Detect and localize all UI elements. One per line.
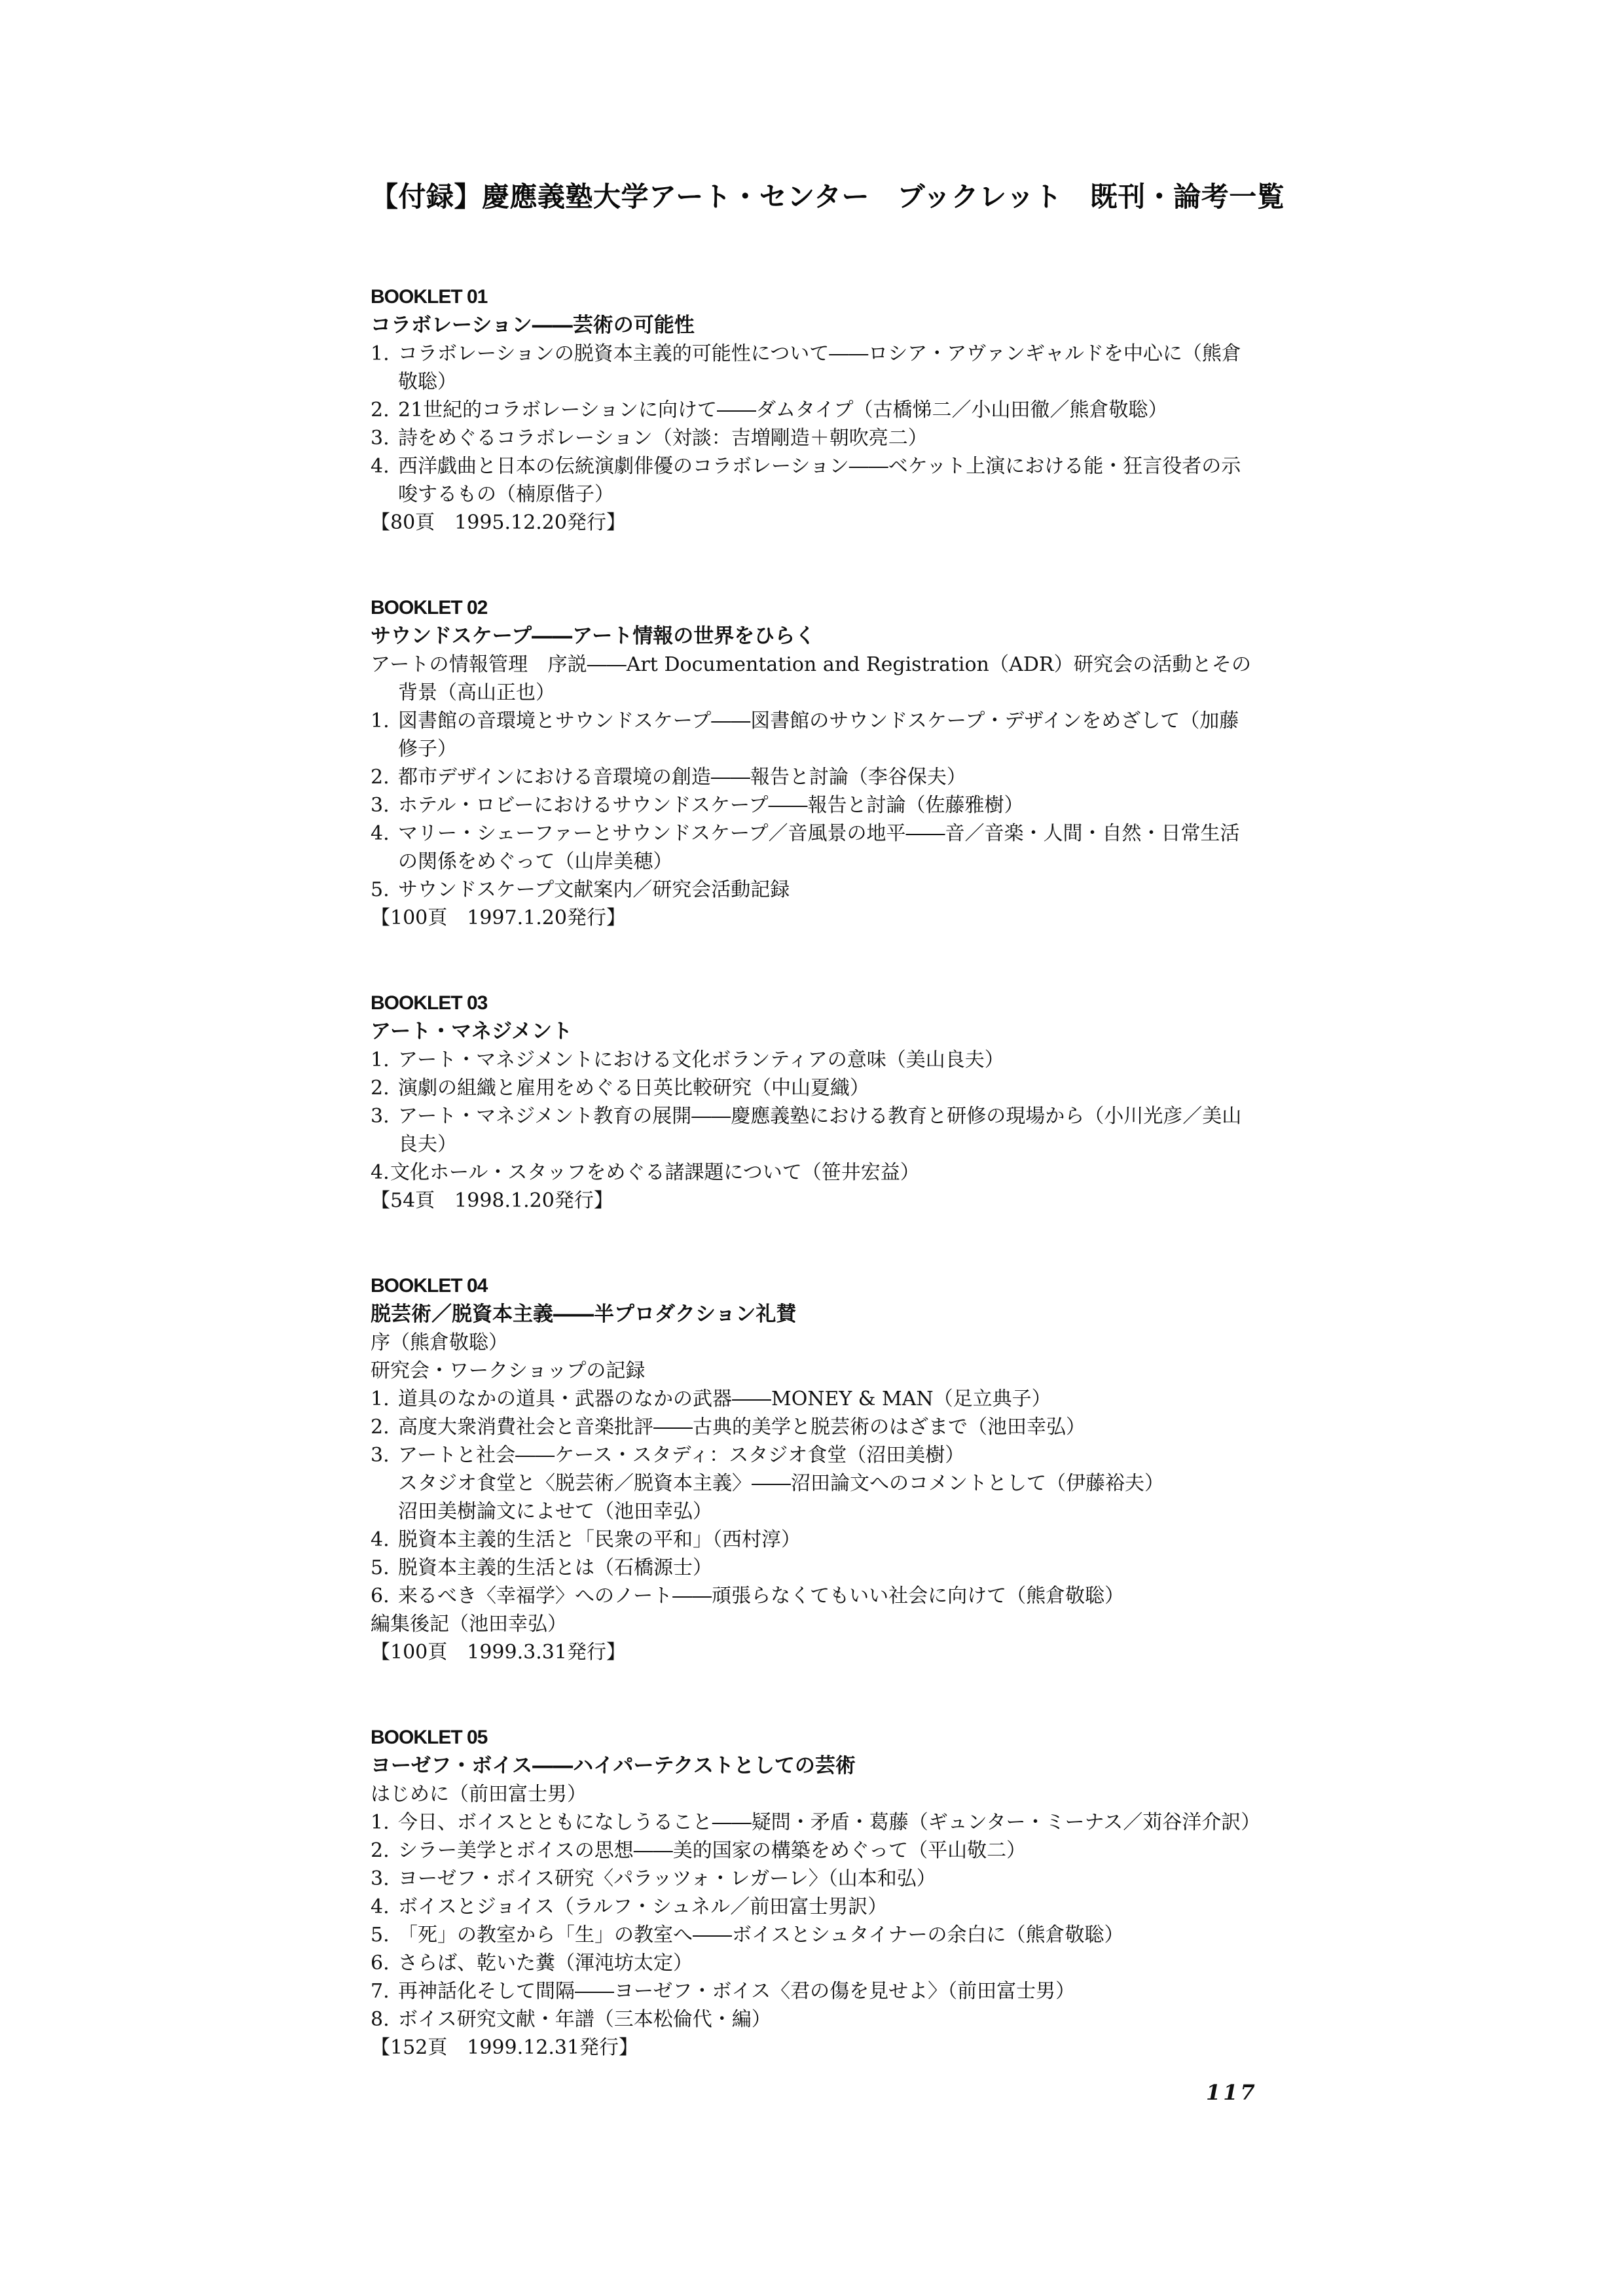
item-text: 詩をめぐるコラボレーション（対談：吉増剛造＋朝吹亮二） (398, 424, 1251, 452)
booklet-id: BOOKLET 03 (371, 990, 1251, 1017)
afterword-line: 編集後記（池田幸弘） (371, 1610, 1251, 1638)
list-item: 1. コラボレーションの脱資本主義的可能性について――ロシア・アヴァンギャルドを… (371, 340, 1251, 396)
publication-info: 【100頁 1997.1.20発行】 (371, 904, 1251, 932)
booklet-04: BOOKLET 04 脱芸術／脱資本主義――半プロダクション礼賛 序（熊倉敬聡）… (371, 1272, 1251, 1666)
list-item: 5. 脱資本主義的生活とは（石橋源士） (371, 1554, 1251, 1582)
item-text: 図書館の音環境とサウンドスケープ――図書館のサウンドスケープ・デザインをめざして… (398, 707, 1251, 763)
item-number: 3. (371, 791, 398, 819)
item-number: 6. (371, 1582, 398, 1610)
item-text: 道具のなかの道具・武器のなかの武器――MONEY & MAN（足立典子） (398, 1385, 1251, 1413)
item-text: ホテル・ロビーにおけるサウンドスケープ――報告と討論（佐藤雅樹） (398, 791, 1251, 819)
booklet-01: BOOKLET 01 コラボレーション――芸術の可能性 1. コラボレーションの… (371, 283, 1251, 537)
list-item: 4. 文化ホール・スタッフをめぐる諸課題について（笹井宏益） (371, 1158, 1251, 1187)
list-item: 2. シラー美学とボイスの思想――美的国家の構築をめぐって（平山敬二） (371, 1837, 1251, 1865)
publication-info: 【80頁 1995.12.20発行】 (371, 509, 1251, 537)
item-number: 2. (371, 1074, 398, 1102)
item-number: 1. (371, 1385, 398, 1413)
booklet-title: 脱芸術／脱資本主義――半プロダクション礼賛 (371, 1300, 1251, 1329)
item-number: 6. (371, 1949, 398, 1977)
item-number: 4. (371, 452, 398, 509)
item-number: 2. (371, 396, 398, 424)
booklet-id: BOOKLET 02 (371, 594, 1251, 622)
list-item: 4. マリー・シェーファーとサウンドスケープ／音風景の地平――音／音楽・人間・自… (371, 819, 1251, 876)
list-item: 5. 「死」の教室から「生」の教室へ――ボイスとシュタイナーの余白に（熊倉敬聡） (371, 1921, 1251, 1949)
item-text: アートと社会――ケース・スタディ：スタジオ食堂（沼田美樹） (398, 1441, 1251, 1469)
item-number: 4. (371, 1158, 390, 1187)
list-item: 7. 再神話化そして間隔――ヨーゼフ・ボイス〈君の傷を見せよ〉（前田富士男） (371, 1977, 1251, 2005)
item-number: 3. (371, 1102, 398, 1158)
item-text: さらば、乾いた糞（渾沌坊太定） (398, 1949, 1251, 1977)
list-item: 2. 高度大衆消費社会と音楽批評――古典的美学と脱芸術のはざまで（池田幸弘） (371, 1413, 1251, 1441)
item-text: 再神話化そして間隔――ヨーゼフ・ボイス〈君の傷を見せよ〉（前田富士男） (398, 1977, 1251, 2005)
sub-item: スタジオ食堂と〈脱芸術／脱資本主義〉――沼田論文へのコメントとして（伊藤裕夫） (371, 1469, 1251, 1498)
publication-info: 【100頁 1999.3.31発行】 (371, 1638, 1251, 1666)
item-number: 4. (371, 1526, 398, 1554)
item-number: 1. (371, 1046, 398, 1074)
item-text: ボイス研究文献・年譜（三本松倫代・編） (398, 2005, 1251, 2034)
item-number: 3. (371, 1441, 398, 1469)
item-text: 「死」の教室から「生」の教室へ――ボイスとシュタイナーの余白に（熊倉敬聡） (398, 1921, 1251, 1949)
item-number: 2. (371, 1837, 398, 1865)
list-item: 1. 今日、ボイスとともになしうること――疑問・矛盾・葛藤（ギュンター・ミーナス… (371, 1808, 1251, 1837)
item-text: ボイスとジョイス（ラルフ・シュネル／前田富士男訳） (398, 1893, 1251, 1921)
list-item: 6. さらば、乾いた糞（渾沌坊太定） (371, 1949, 1251, 1977)
sub-item: 沼田美樹論文によせて（池田幸弘） (371, 1498, 1251, 1526)
list-item: 4. 西洋戯曲と日本の伝統演劇俳優のコラボレーション――ベケット上演における能・… (371, 452, 1251, 509)
item-number: 8. (371, 2005, 398, 2034)
item-text: 今日、ボイスとともになしうること――疑問・矛盾・葛藤（ギュンター・ミーナス／苅谷… (398, 1808, 1251, 1837)
list-item: 2. 都市デザインにおける音環境の創造――報告と討論（李谷保夫） (371, 763, 1251, 791)
booklet-title: アート・マネジメント (371, 1017, 1251, 1046)
list-item: 3. アートと社会――ケース・スタディ：スタジオ食堂（沼田美樹） (371, 1441, 1251, 1469)
item-text: ヨーゼフ・ボイス研究〈パラッツォ・レガーレ〉（山本和弘） (398, 1865, 1251, 1893)
item-number: 3. (371, 424, 398, 452)
preface-line: アートの情報管理 序説――Art Documentation and Regis… (371, 651, 1251, 707)
item-number: 2. (371, 1413, 398, 1441)
item-text: アート・マネジメント教育の展開――慶應義塾における教育と研修の現場から（小川光彦… (398, 1102, 1251, 1158)
booklet-title: サウンドスケープ――アート情報の世界をひらく (371, 622, 1251, 651)
list-item: 8. ボイス研究文献・年譜（三本松倫代・編） (371, 2005, 1251, 2034)
publication-info: 【152頁 1999.12.31発行】 (371, 2034, 1251, 2062)
item-number: 3. (371, 1865, 398, 1893)
booklet-02: BOOKLET 02 サウンドスケープ――アート情報の世界をひらく アートの情報… (371, 594, 1251, 932)
booklet-id: BOOKLET 01 (371, 283, 1251, 311)
booklet-05: BOOKLET 05 ヨーゼフ・ボイス――ハイパーテクストとしての芸術 はじめに… (371, 1724, 1251, 2062)
document-title: 【付録】慶應義塾大学アート・センター ブックレット 既刊・論考一覧 (371, 175, 1285, 215)
item-number: 2. (371, 763, 398, 791)
item-text: 西洋戯曲と日本の伝統演劇俳優のコラボレーション――ベケット上演における能・狂言役… (398, 452, 1251, 509)
item-text: 脱資本主義的生活とは（石橋源士） (398, 1554, 1251, 1582)
item-text: 脱資本主義的生活と「民衆の平和」（西村淳） (398, 1526, 1251, 1554)
item-text: サウンドスケープ文献案内／研究会活動記録 (398, 876, 1251, 904)
item-number: 1. (371, 340, 398, 396)
list-item: 1. 道具のなかの道具・武器のなかの武器――MONEY & MAN（足立典子） (371, 1385, 1251, 1413)
list-item: 3. アート・マネジメント教育の展開――慶應義塾における教育と研修の現場から（小… (371, 1102, 1251, 1158)
item-number: 7. (371, 1977, 398, 2005)
booklet-list: BOOKLET 01 コラボレーション――芸術の可能性 1. コラボレーションの… (371, 283, 1251, 2119)
item-number: 5. (371, 1921, 398, 1949)
item-text: コラボレーションの脱資本主義的可能性について――ロシア・アヴァンギャルドを中心に… (398, 340, 1251, 396)
preface-line: 研究会・ワークショップの記録 (371, 1357, 1251, 1385)
list-item: 1. アート・マネジメントにおける文化ボランティアの意味（美山良夫） (371, 1046, 1251, 1074)
list-item: 4. 脱資本主義的生活と「民衆の平和」（西村淳） (371, 1526, 1251, 1554)
booklet-03: BOOKLET 03 アート・マネジメント 1. アート・マネジメントにおける文… (371, 990, 1251, 1215)
item-text: 文化ホール・スタッフをめぐる諸課題について（笹井宏益） (390, 1158, 1251, 1187)
item-text: マリー・シェーファーとサウンドスケープ／音風景の地平――音／音楽・人間・自然・日… (398, 819, 1251, 876)
item-number: 1. (371, 1808, 398, 1837)
item-text: シラー美学とボイスの思想――美的国家の構築をめぐって（平山敬二） (398, 1837, 1251, 1865)
item-number: 4. (371, 1893, 398, 1921)
list-item: 4. ボイスとジョイス（ラルフ・シュネル／前田富士男訳） (371, 1893, 1251, 1921)
preface-line: はじめに（前田富士男） (371, 1780, 1251, 1808)
item-text: アート・マネジメントにおける文化ボランティアの意味（美山良夫） (398, 1046, 1251, 1074)
item-number: 5. (371, 1554, 398, 1582)
item-text: 高度大衆消費社会と音楽批評――古典的美学と脱芸術のはざまで（池田幸弘） (398, 1413, 1251, 1441)
publication-info: 【54頁 1998.1.20発行】 (371, 1187, 1251, 1215)
item-number: 4. (371, 819, 398, 876)
booklet-id: BOOKLET 05 (371, 1724, 1251, 1751)
booklet-title: コラボレーション――芸術の可能性 (371, 311, 1251, 340)
booklet-id: BOOKLET 04 (371, 1272, 1251, 1300)
preface-line: 序（熊倉敬聡） (371, 1329, 1251, 1357)
list-item: 1. 図書館の音環境とサウンドスケープ――図書館のサウンドスケープ・デザインをめ… (371, 707, 1251, 763)
item-number: 5. (371, 876, 398, 904)
list-item: 2. 演劇の組織と雇用をめぐる日英比較研究（中山夏織） (371, 1074, 1251, 1102)
item-text: 21世紀的コラボレーションに向けて――ダムタイプ（古橋悌二／小山田徹／熊倉敬聡） (398, 396, 1251, 424)
booklet-title: ヨーゼフ・ボイス――ハイパーテクストとしての芸術 (371, 1751, 1251, 1780)
list-item: 2. 21世紀的コラボレーションに向けて――ダムタイプ（古橋悌二／小山田徹／熊倉… (371, 396, 1251, 424)
list-item: 3. 詩をめぐるコラボレーション（対談：吉増剛造＋朝吹亮二） (371, 424, 1251, 452)
item-number: 1. (371, 707, 398, 763)
list-item: 5. サウンドスケープ文献案内／研究会活動記録 (371, 876, 1251, 904)
item-text: 来るべき〈幸福学〉へのノート――頑張らなくてもいい社会に向けて（熊倉敬聡） (398, 1582, 1251, 1610)
list-item: 3. ホテル・ロビーにおけるサウンドスケープ――報告と討論（佐藤雅樹） (371, 791, 1251, 819)
list-item: 3. ヨーゼフ・ボイス研究〈パラッツォ・レガーレ〉（山本和弘） (371, 1865, 1251, 1893)
item-text: 都市デザインにおける音環境の創造――報告と討論（李谷保夫） (398, 763, 1251, 791)
page-number: 117 (1206, 2080, 1258, 2105)
item-text: 演劇の組織と雇用をめぐる日英比較研究（中山夏織） (398, 1074, 1251, 1102)
list-item: 6. 来るべき〈幸福学〉へのノート――頑張らなくてもいい社会に向けて（熊倉敬聡） (371, 1582, 1251, 1610)
